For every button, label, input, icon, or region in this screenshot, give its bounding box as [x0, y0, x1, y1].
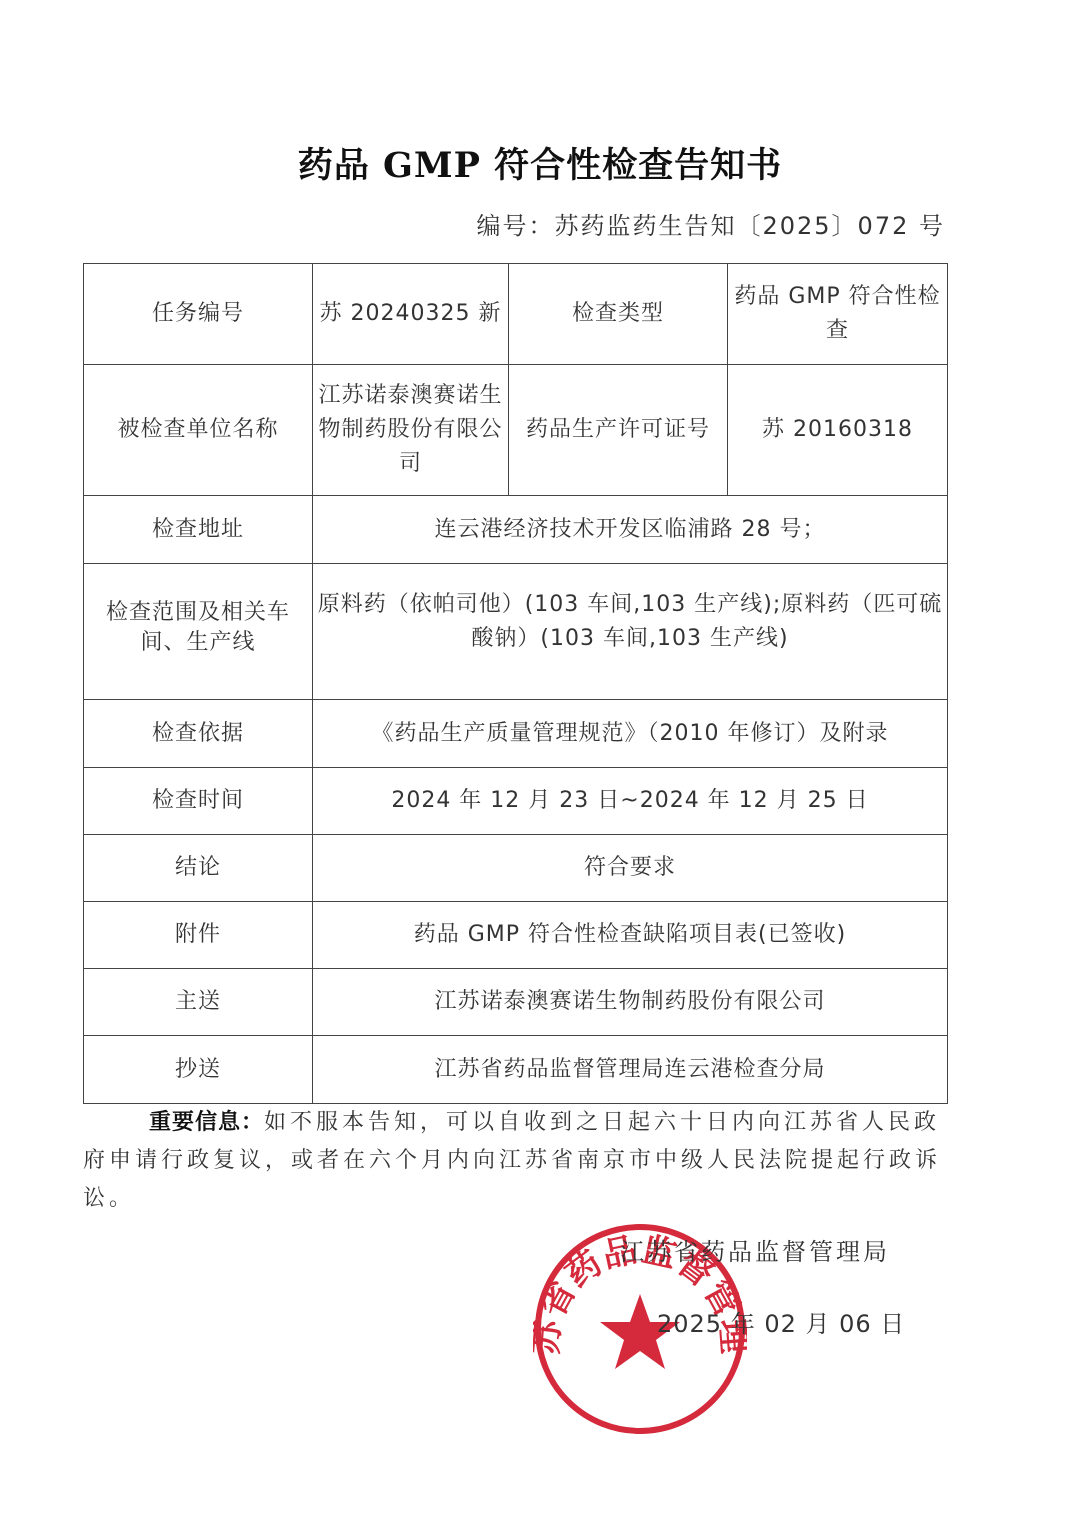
table-row: 检查时间 2024 年 12 月 23 日~2024 年 12 月 25 日: [84, 768, 948, 835]
value-time: 2024 年 12 月 23 日~2024 年 12 月 25 日: [313, 768, 948, 835]
value-inspection-type: 药品 GMP 符合性检查: [728, 264, 948, 365]
label-license-number: 药品生产许可证号: [509, 365, 728, 496]
table-row: 主送 江苏诺泰澳赛诺生物制药股份有限公司: [84, 969, 948, 1036]
inspection-info-table: 任务编号 苏 20240325 新 检查类型 药品 GMP 符合性检查 被检查单…: [83, 263, 948, 1104]
value-address: 连云港经济技术开发区临浦路 28 号；: [313, 496, 948, 564]
label-inspection-type: 检查类型: [509, 264, 728, 365]
value-license-number: 苏 20160318: [728, 365, 948, 496]
important-notice: 重要信息：如不服本告知，可以自收到之日起六十日内向江苏省人民政府申请行政复议，或…: [83, 1104, 949, 1218]
label-scope: 检查范围及相关车间、生产线: [84, 564, 313, 700]
value-basis: 《药品生产质量管理规范》（2010 年修订）及附录: [313, 700, 948, 768]
issuing-authority: 江苏省药品监督管理局: [620, 1232, 890, 1267]
label-address: 检查地址: [84, 496, 313, 564]
label-task-number: 任务编号: [84, 264, 313, 365]
value-main-recipient: 江苏诺泰澳赛诺生物制药股份有限公司: [313, 969, 948, 1036]
label-attachment: 附件: [84, 902, 313, 969]
table-row: 被检查单位名称 江苏诺泰澳赛诺生物制药股份有限公司 药品生产许可证号 苏 201…: [84, 365, 948, 496]
table-row: 检查依据 《药品生产质量管理规范》（2010 年修订）及附录: [84, 700, 948, 768]
value-task-number: 苏 20240325 新: [313, 264, 509, 365]
value-scope: 原料药（依帕司他）(103 车间,103 生产线);原料药（匹可硫酸钠）(103…: [313, 564, 948, 700]
label-main-recipient: 主送: [84, 969, 313, 1036]
table-row: 检查地址 连云港经济技术开发区临浦路 28 号；: [84, 496, 948, 564]
table-row: 结论 符合要求: [84, 835, 948, 902]
label-conclusion: 结论: [84, 835, 313, 902]
label-inspected-entity: 被检查单位名称: [84, 365, 313, 496]
issue-date: 2025 年 02 月 06 日: [657, 1304, 905, 1339]
value-conclusion: 符合要求: [313, 835, 948, 902]
document-number: 编号：苏药监药生告知〔2025〕072 号: [476, 206, 945, 241]
value-attachment: 药品 GMP 符合性检查缺陷项目表(已签收): [313, 902, 948, 969]
notice-heading: 重要信息：: [149, 1110, 264, 1135]
table-row: 附件 药品 GMP 符合性检查缺陷项目表(已签收): [84, 902, 948, 969]
value-inspected-entity: 江苏诺泰澳赛诺生物制药股份有限公司: [313, 365, 509, 496]
table-row: 任务编号 苏 20240325 新 检查类型 药品 GMP 符合性检查: [84, 264, 948, 365]
document-title: 药品 GMP 符合性检查告知书: [0, 138, 1080, 188]
label-cc: 抄送: [84, 1036, 313, 1104]
label-time: 检查时间: [84, 768, 313, 835]
value-cc: 江苏省药品监督管理局连云港检查分局: [313, 1036, 948, 1104]
label-basis: 检查依据: [84, 700, 313, 768]
table-row: 检查范围及相关车间、生产线 原料药（依帕司他）(103 车间,103 生产线);…: [84, 564, 948, 700]
table-row: 抄送 江苏省药品监督管理局连云港检查分局: [84, 1036, 948, 1104]
